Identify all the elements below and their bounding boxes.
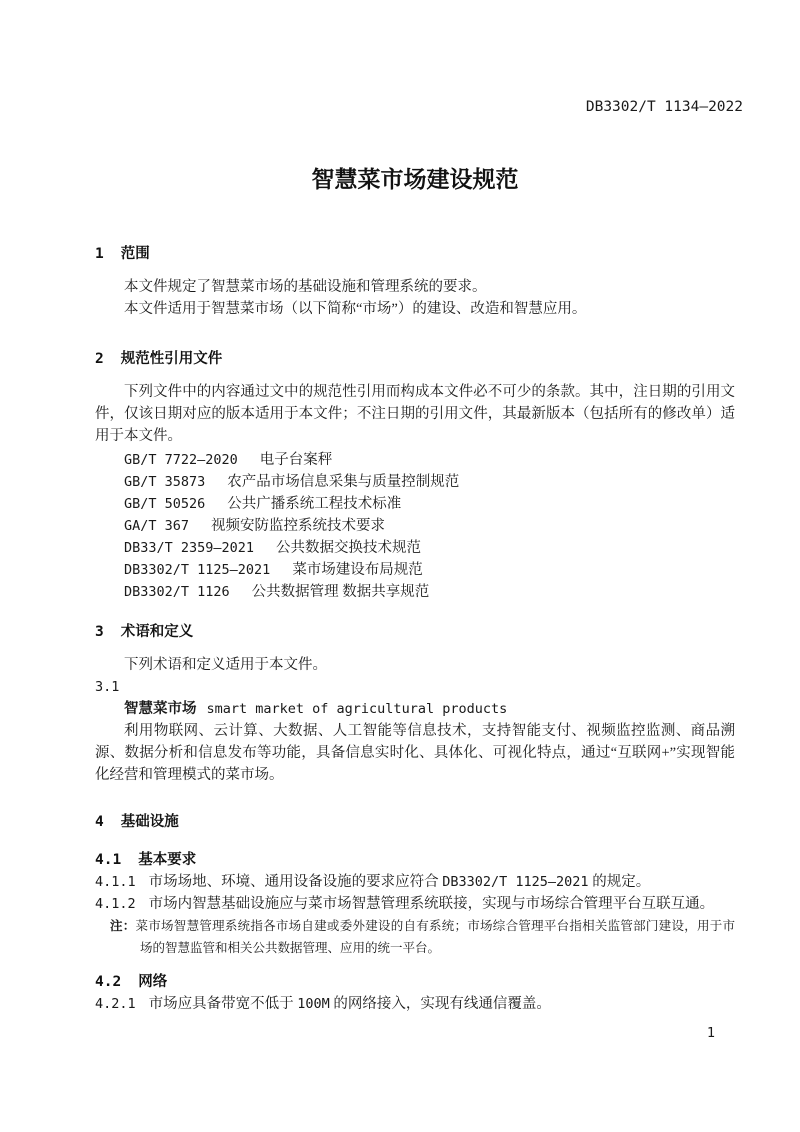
section-4-1-number: 4.1 — [95, 852, 121, 868]
clause-number: 4.1.1 — [95, 874, 136, 890]
section-4-1-heading: 4.1基本要求 — [95, 849, 735, 871]
reference-code: DB33/T 2359—2021 — [124, 540, 254, 556]
section-3-heading: 3术语和定义 — [95, 621, 735, 643]
section-1-heading: 1范围 — [95, 243, 735, 265]
section-1-number: 1 — [95, 246, 104, 262]
reference-code: DB3302/T 1126 — [124, 584, 230, 600]
section-4-title: 基础设施 — [121, 814, 179, 830]
section-2-heading: 2规范性引用文件 — [95, 348, 735, 370]
reference-title: 农产品市场信息采集与质量控制规范 — [227, 474, 459, 490]
section-3-intro: 下列术语和定义适用于本文件。 — [95, 654, 735, 676]
reference-code: GB/T 50526 — [124, 496, 205, 512]
reference-item: GA/T 367视频安防监控系统技术要求 — [95, 515, 735, 537]
term-en: smart market of agricultural products — [207, 701, 508, 717]
reference-code: GB/T 35873 — [124, 474, 205, 490]
clause-text: 的规定。 — [589, 874, 651, 890]
term-zh: 智慧菜市场 — [124, 701, 197, 717]
reference-title: 公共广播系统工程技术标准 — [227, 496, 401, 512]
note-block: 注：菜市场智慧管理系统指各市场自建或委外建设的自有系统；市场综合管理平台指相关监… — [95, 915, 735, 959]
reference-title: 视频安防监控系统技术要求 — [211, 518, 385, 534]
reference-title: 电子台案秤 — [260, 452, 333, 468]
term-definition: 利用物联网、云计算、大数据、人工智能等信息技术，支持智能支付、视频监控监测、商品… — [95, 720, 735, 786]
reference-title: 公共数据交换技术规范 — [276, 540, 421, 556]
clause-4-2-1: 4.2.1市场应具备带宽不低于 100M 的网络接入，实现有线通信覆盖。 — [95, 993, 735, 1015]
reference-item: DB3302/T 1126公共数据管理 数据共享规范 — [95, 581, 735, 603]
clause-text: 市场场地、环境、通用设备设施的要求应符合 — [149, 874, 443, 890]
clause-text: 市场应具备带宽不低于 — [149, 996, 298, 1012]
term-line: 智慧菜市场smart market of agricultural produc… — [95, 698, 735, 720]
reference-item: GB/T 7722—2020电子台案秤 — [95, 449, 735, 471]
term-number: 3.1 — [95, 676, 735, 698]
section-1-paragraph: 本文件规定了智慧菜市场的基础设施和管理系统的要求。 — [95, 276, 735, 298]
section-4-number: 4 — [95, 814, 104, 830]
reference-item: GB/T 35873农产品市场信息采集与质量控制规范 — [95, 471, 735, 493]
page-number: 1 — [95, 1022, 735, 1044]
section-2-title: 规范性引用文件 — [121, 351, 223, 367]
reference-item: DB3302/T 1125—2021菜市场建设布局规范 — [95, 559, 735, 581]
clause-4-1-2: 4.1.2市场内智慧基础设施应与菜市场智慧管理系统联接，实现与市场综合管理平台互… — [95, 893, 735, 915]
doc-header: DB3302/T 1134—2022 — [95, 96, 743, 118]
reference-code: GA/T 367 — [124, 518, 189, 534]
section-2-number: 2 — [95, 351, 104, 367]
section-4-2-heading: 4.2网络 — [95, 971, 735, 993]
reference-title: 菜市场建设布局规范 — [292, 562, 423, 578]
doc-title: 智慧菜市场建设规范 — [95, 164, 735, 194]
reference-list: GB/T 7722—2020电子台案秤 GB/T 35873农产品市场信息采集与… — [95, 449, 735, 603]
reference-code: GB/T 7722—2020 — [124, 452, 238, 468]
section-1-title: 范围 — [121, 246, 150, 262]
section-3-title: 术语和定义 — [121, 624, 194, 640]
document-page: DB3302/T 1134—2022 智慧菜市场建设规范 1范围 本文件规定了智… — [0, 0, 800, 1132]
clause-text: 的网络接入，实现有线通信覆盖。 — [330, 996, 551, 1012]
clause-ref-code: DB3302/T 1125—2021 — [442, 874, 588, 890]
section-1-paragraph: 本文件适用于智慧菜市场（以下简称“市场”）的建设、改造和智慧应用。 — [95, 298, 735, 320]
reference-code: DB3302/T 1125—2021 — [124, 562, 270, 578]
clause-ref-code: 100M — [297, 996, 330, 1012]
clause-number: 4.2.1 — [95, 996, 136, 1012]
clause-4-1-1: 4.1.1市场场地、环境、通用设备设施的要求应符合 DB3302/T 1125—… — [95, 871, 735, 893]
section-3-number: 3 — [95, 624, 104, 640]
note-text: 菜市场智慧管理系统指各市场自建或委外建设的自有系统；市场综合管理平台指相关监管部… — [136, 919, 735, 955]
section-2-intro: 下列文件中的内容通过文中的规范性引用而构成本文件必不可少的条款。其中，注日期的引… — [95, 381, 735, 447]
section-4-heading: 4基础设施 — [95, 811, 735, 833]
clause-text: 市场内智慧基础设施应与菜市场智慧管理系统联接，实现与市场综合管理平台互联互通。 — [149, 896, 715, 912]
note-label: 注： — [110, 919, 136, 933]
section-4-2-title: 网络 — [138, 974, 167, 990]
reference-item: DB33/T 2359—2021公共数据交换技术规范 — [95, 537, 735, 559]
section-4-1-title: 基本要求 — [138, 852, 196, 868]
reference-item: GB/T 50526公共广播系统工程技术标准 — [95, 493, 735, 515]
doc-code: DB3302/T 1134—2022 — [586, 99, 743, 115]
clause-number: 4.1.2 — [95, 896, 136, 912]
section-4-2-number: 4.2 — [95, 974, 121, 990]
reference-title: 公共数据管理 数据共享规范 — [252, 584, 430, 600]
